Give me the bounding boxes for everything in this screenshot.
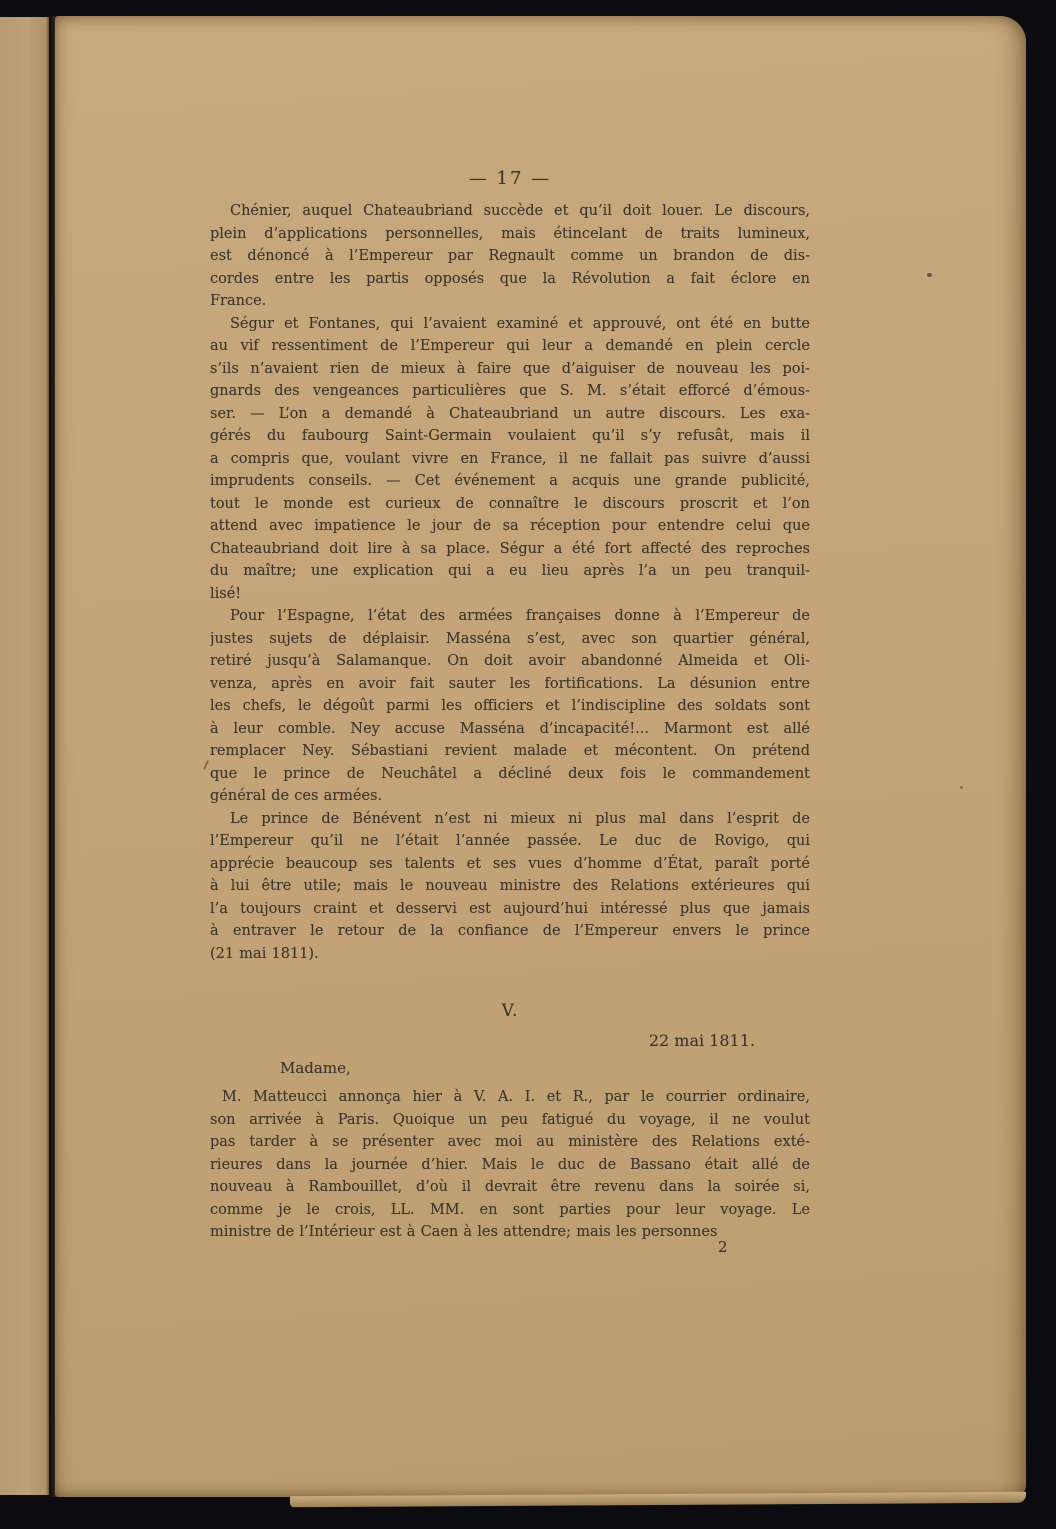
text-line: comme je le crois, LL. MM. en sont parti… — [210, 1199, 810, 1222]
letter-salutation: Madame, — [280, 1059, 351, 1077]
text-line: apprécie beaucoup ses talents et ses vue… — [210, 853, 810, 876]
page-number: — 17 — — [210, 168, 810, 189]
text-line: du maître; une explication qui a eu lieu… — [210, 560, 810, 583]
paper-speck — [927, 273, 932, 277]
signature-mark: 2 — [718, 1238, 728, 1256]
text-line: imprudents conseils. — Cet événement a a… — [210, 470, 810, 493]
adjacent-page-edge — [0, 17, 49, 1495]
text-line: gérés du faubourg Saint-Germain voulaien… — [210, 425, 810, 448]
paragraph: Chénier, auquel Chateaubriand succède et… — [210, 200, 810, 313]
text-line: justes sujets de déplaisir. Masséna s’es… — [210, 628, 810, 651]
text-line: Ségur et Fontanes, qui l’avaient examiné… — [210, 313, 810, 336]
body-paragraphs: Chénier, auquel Chateaubriand succède et… — [210, 200, 810, 965]
text-line: a compris que, voulant vivre en France, … — [210, 448, 810, 471]
text-line: pas tarder à se présenter avec moi au mi… — [210, 1131, 810, 1154]
text-line: tout le monde est curieux de connaître l… — [210, 493, 810, 516]
text-line: général de ces armées. — [210, 785, 810, 808]
text-line: l’a toujours craint et desservi est aujo… — [210, 898, 810, 921]
text-line: remplacer Ney. Sébastiani revient malade… — [210, 740, 810, 763]
letter-date: 22 mai 1811. — [210, 1031, 810, 1050]
paragraph: M. Matteucci annonça hier à V. A. I. et … — [210, 1086, 810, 1244]
text-line: gnards des vengeances particulières que … — [210, 380, 810, 403]
text-line: lisé! — [210, 583, 810, 606]
text-line: l’Empereur qu’il ne l’était l’année pass… — [210, 830, 810, 853]
text-line: à leur comble. Ney accuse Masséna d’inca… — [210, 718, 810, 741]
text-line: Le prince de Bénévent n’est ni mieux ni … — [210, 808, 810, 831]
paragraph: Le prince de Bénévent n’est ni mieux ni … — [210, 808, 810, 966]
text-line: Chénier, auquel Chateaubriand succède et… — [210, 200, 810, 223]
paragraph: Pour l’Espagne, l’état des armées frança… — [210, 605, 810, 808]
text-line: Pour l’Espagne, l’état des armées frança… — [210, 605, 810, 628]
text-line: ser. — L’on a demandé à Chateaubriand un… — [210, 403, 810, 426]
text-line: est dénoncé à l’Empereur par Regnault co… — [210, 245, 810, 268]
letter-paragraphs: M. Matteucci annonça hier à V. A. I. et … — [210, 1086, 810, 1244]
text-line: au vif ressentiment de l’Empereur qui le… — [210, 335, 810, 358]
text-line: cordes entre les partis opposés que la R… — [210, 268, 810, 291]
text-line: que le prince de Neuchâtel a décliné deu… — [210, 763, 810, 786]
text-line: plein d’applications personnelles, mais … — [210, 223, 810, 246]
text-line: attend avec impatience le jour de sa réc… — [210, 515, 810, 538]
section-heading: V. — [210, 1001, 810, 1021]
printed-text-block: — 17 — Chénier, auquel Chateaubriand suc… — [210, 16, 810, 1497]
text-line: les chefs, le dégoût parmi les officiers… — [210, 695, 810, 718]
text-line: retiré jusqu’à Salamanque. On doit avoir… — [210, 650, 810, 673]
paragraph: Ségur et Fontanes, qui l’avaient examiné… — [210, 313, 810, 606]
text-line: nouveau à Rambouillet, d’où il devrait ê… — [210, 1176, 810, 1199]
text-line: (21 mai 1811). — [210, 943, 810, 966]
book-scan: { "page": { "number": "— 17 —", "signatu… — [0, 0, 1056, 1529]
paper-speck — [960, 786, 963, 789]
text-line: Chateaubriand doit lire à sa place. Ségu… — [210, 538, 810, 561]
text-line: M. Matteucci annonça hier à V. A. I. et … — [210, 1086, 810, 1109]
text-line: s’ils n’avaient rien de mieux à faire qu… — [210, 358, 810, 381]
text-line: venza, après en avoir fait sauter les fo… — [210, 673, 810, 696]
text-line: à lui être utile; mais le nouveau minist… — [210, 875, 810, 898]
paper-speck — [203, 760, 209, 770]
text-line: France. — [210, 290, 810, 313]
book-page: — 17 — Chénier, auquel Chateaubriand suc… — [55, 16, 1026, 1497]
text-line: à entraver le retour de la confiance de … — [210, 920, 810, 943]
text-line: rieures dans la journée d’hier. Mais le … — [210, 1154, 810, 1177]
text-line: son arrivée à Paris. Quoique un peu fati… — [210, 1109, 810, 1132]
